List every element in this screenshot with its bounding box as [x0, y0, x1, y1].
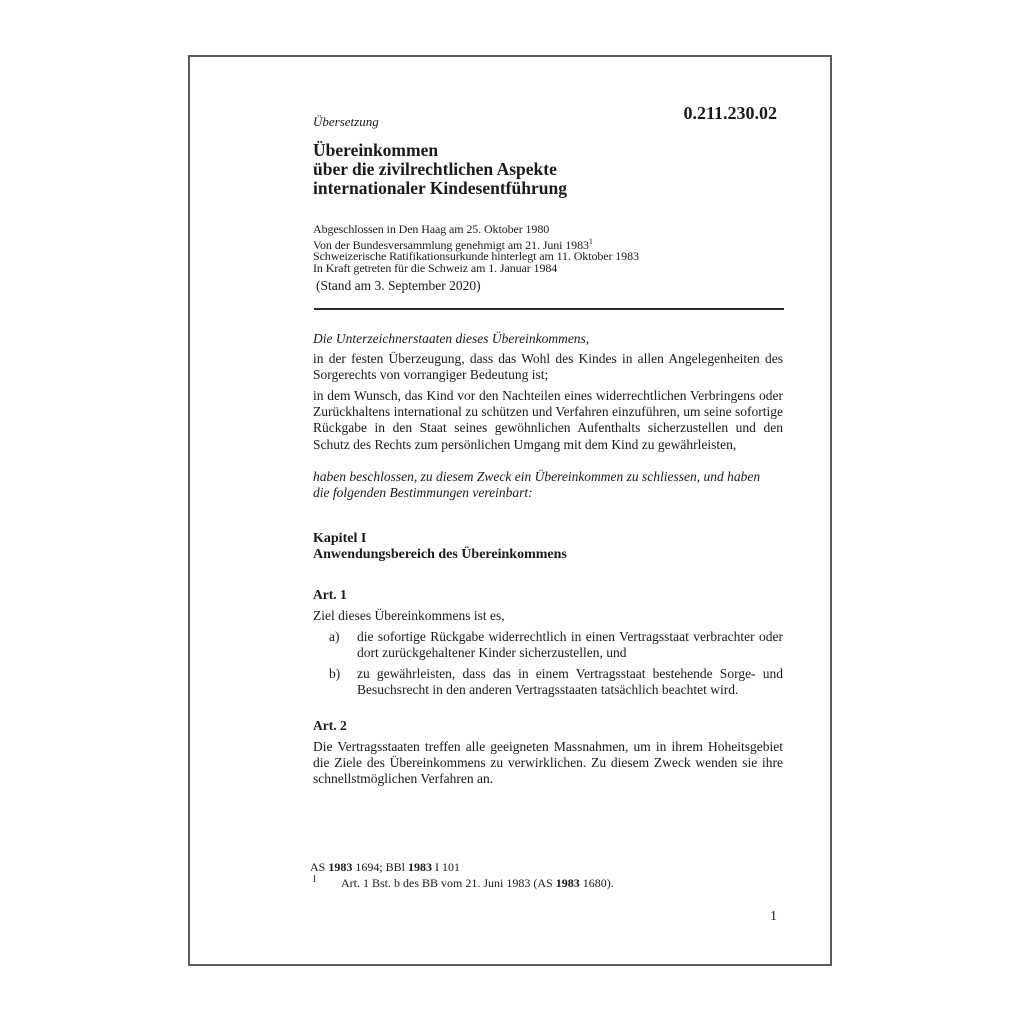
source-as-page: 1694; BBl [352, 860, 408, 874]
footnote-number: 1 [312, 874, 317, 885]
source-bbl-year: 1983 [408, 860, 432, 874]
title-line: über die zivilrechtlichen Aspekte [313, 160, 567, 179]
footnote-year: 1983 [556, 876, 580, 890]
in-force-date: In Kraft getreten für die Schweiz am 1. … [313, 263, 639, 275]
footnote-text-part: Art. 1 Bst. b des BB vom 21. Juni 1983 (… [341, 876, 556, 890]
translation-label: Übersetzung [313, 114, 379, 130]
concluded-date: Abgeschlossen in Den Haag am 25. Oktober… [313, 224, 639, 236]
header-divider [314, 308, 784, 310]
document-page: Übersetzung 0.211.230.02 Übereinkommen ü… [188, 55, 832, 966]
article-2-title: Art. 2 [313, 718, 347, 734]
preamble-intro: Die Unterzeichnerstaaten dieses Übereink… [313, 331, 783, 347]
status-date: (Stand am 3. September 2020) [316, 278, 481, 294]
chapter-number: Kapitel I [313, 531, 567, 547]
list-item-text: zu gewährleisten, dass das in einem Vert… [357, 666, 783, 698]
document-title: Übereinkommen über die zivilrechtlichen … [313, 141, 567, 198]
footnote: 1 Art. 1 Bst. b des BB vom 21. Juni 1983… [312, 876, 614, 891]
source-bbl-ref: I 101 [432, 860, 460, 874]
source-as-label: AS [310, 860, 328, 874]
treaty-metadata: Abgeschlossen in Den Haag am 25. Oktober… [313, 224, 639, 274]
preamble-paragraph: in der festen Überzeugung, dass das Wohl… [313, 351, 783, 383]
sr-number: 0.211.230.02 [683, 103, 777, 124]
article-2-text: Die Vertragsstaaten treffen alle geeigne… [313, 739, 783, 788]
preamble-closing: haben beschlossen, zu diesem Zweck ein Ü… [313, 469, 773, 501]
source-reference: AS 1983 1694; BBl 1983 I 101 [310, 860, 460, 875]
footnote-text-part: 1680). [580, 876, 614, 890]
list-item-text: die sofortige Rückgabe widerrechtlich in… [357, 629, 783, 661]
list-marker: b) [329, 666, 340, 682]
list-item: b) zu gewährleisten, dass das in einem V… [313, 666, 783, 698]
list-marker: a) [329, 629, 340, 645]
article-1-title: Art. 1 [313, 587, 347, 603]
footnote-text: Art. 1 Bst. b des BB vom 21. Juni 1983 (… [341, 876, 614, 891]
chapter-heading: Kapitel I Anwendungsbereich des Übereink… [313, 531, 567, 563]
list-item: a) die sofortige Rückgabe widerrechtlich… [313, 629, 783, 661]
page-number: 1 [770, 909, 777, 925]
title-line: internationaler Kindesentführung [313, 179, 567, 198]
preamble-paragraph: in dem Wunsch, das Kind vor den Nachteil… [313, 388, 783, 453]
footnote-ref[interactable]: 1 [589, 237, 593, 246]
title-line: Übereinkommen [313, 141, 567, 160]
chapter-title: Anwendungsbereich des Übereinkommens [313, 547, 567, 563]
source-as-year: 1983 [328, 860, 352, 874]
article-1-intro: Ziel dieses Übereinkommens ist es, [313, 608, 783, 624]
